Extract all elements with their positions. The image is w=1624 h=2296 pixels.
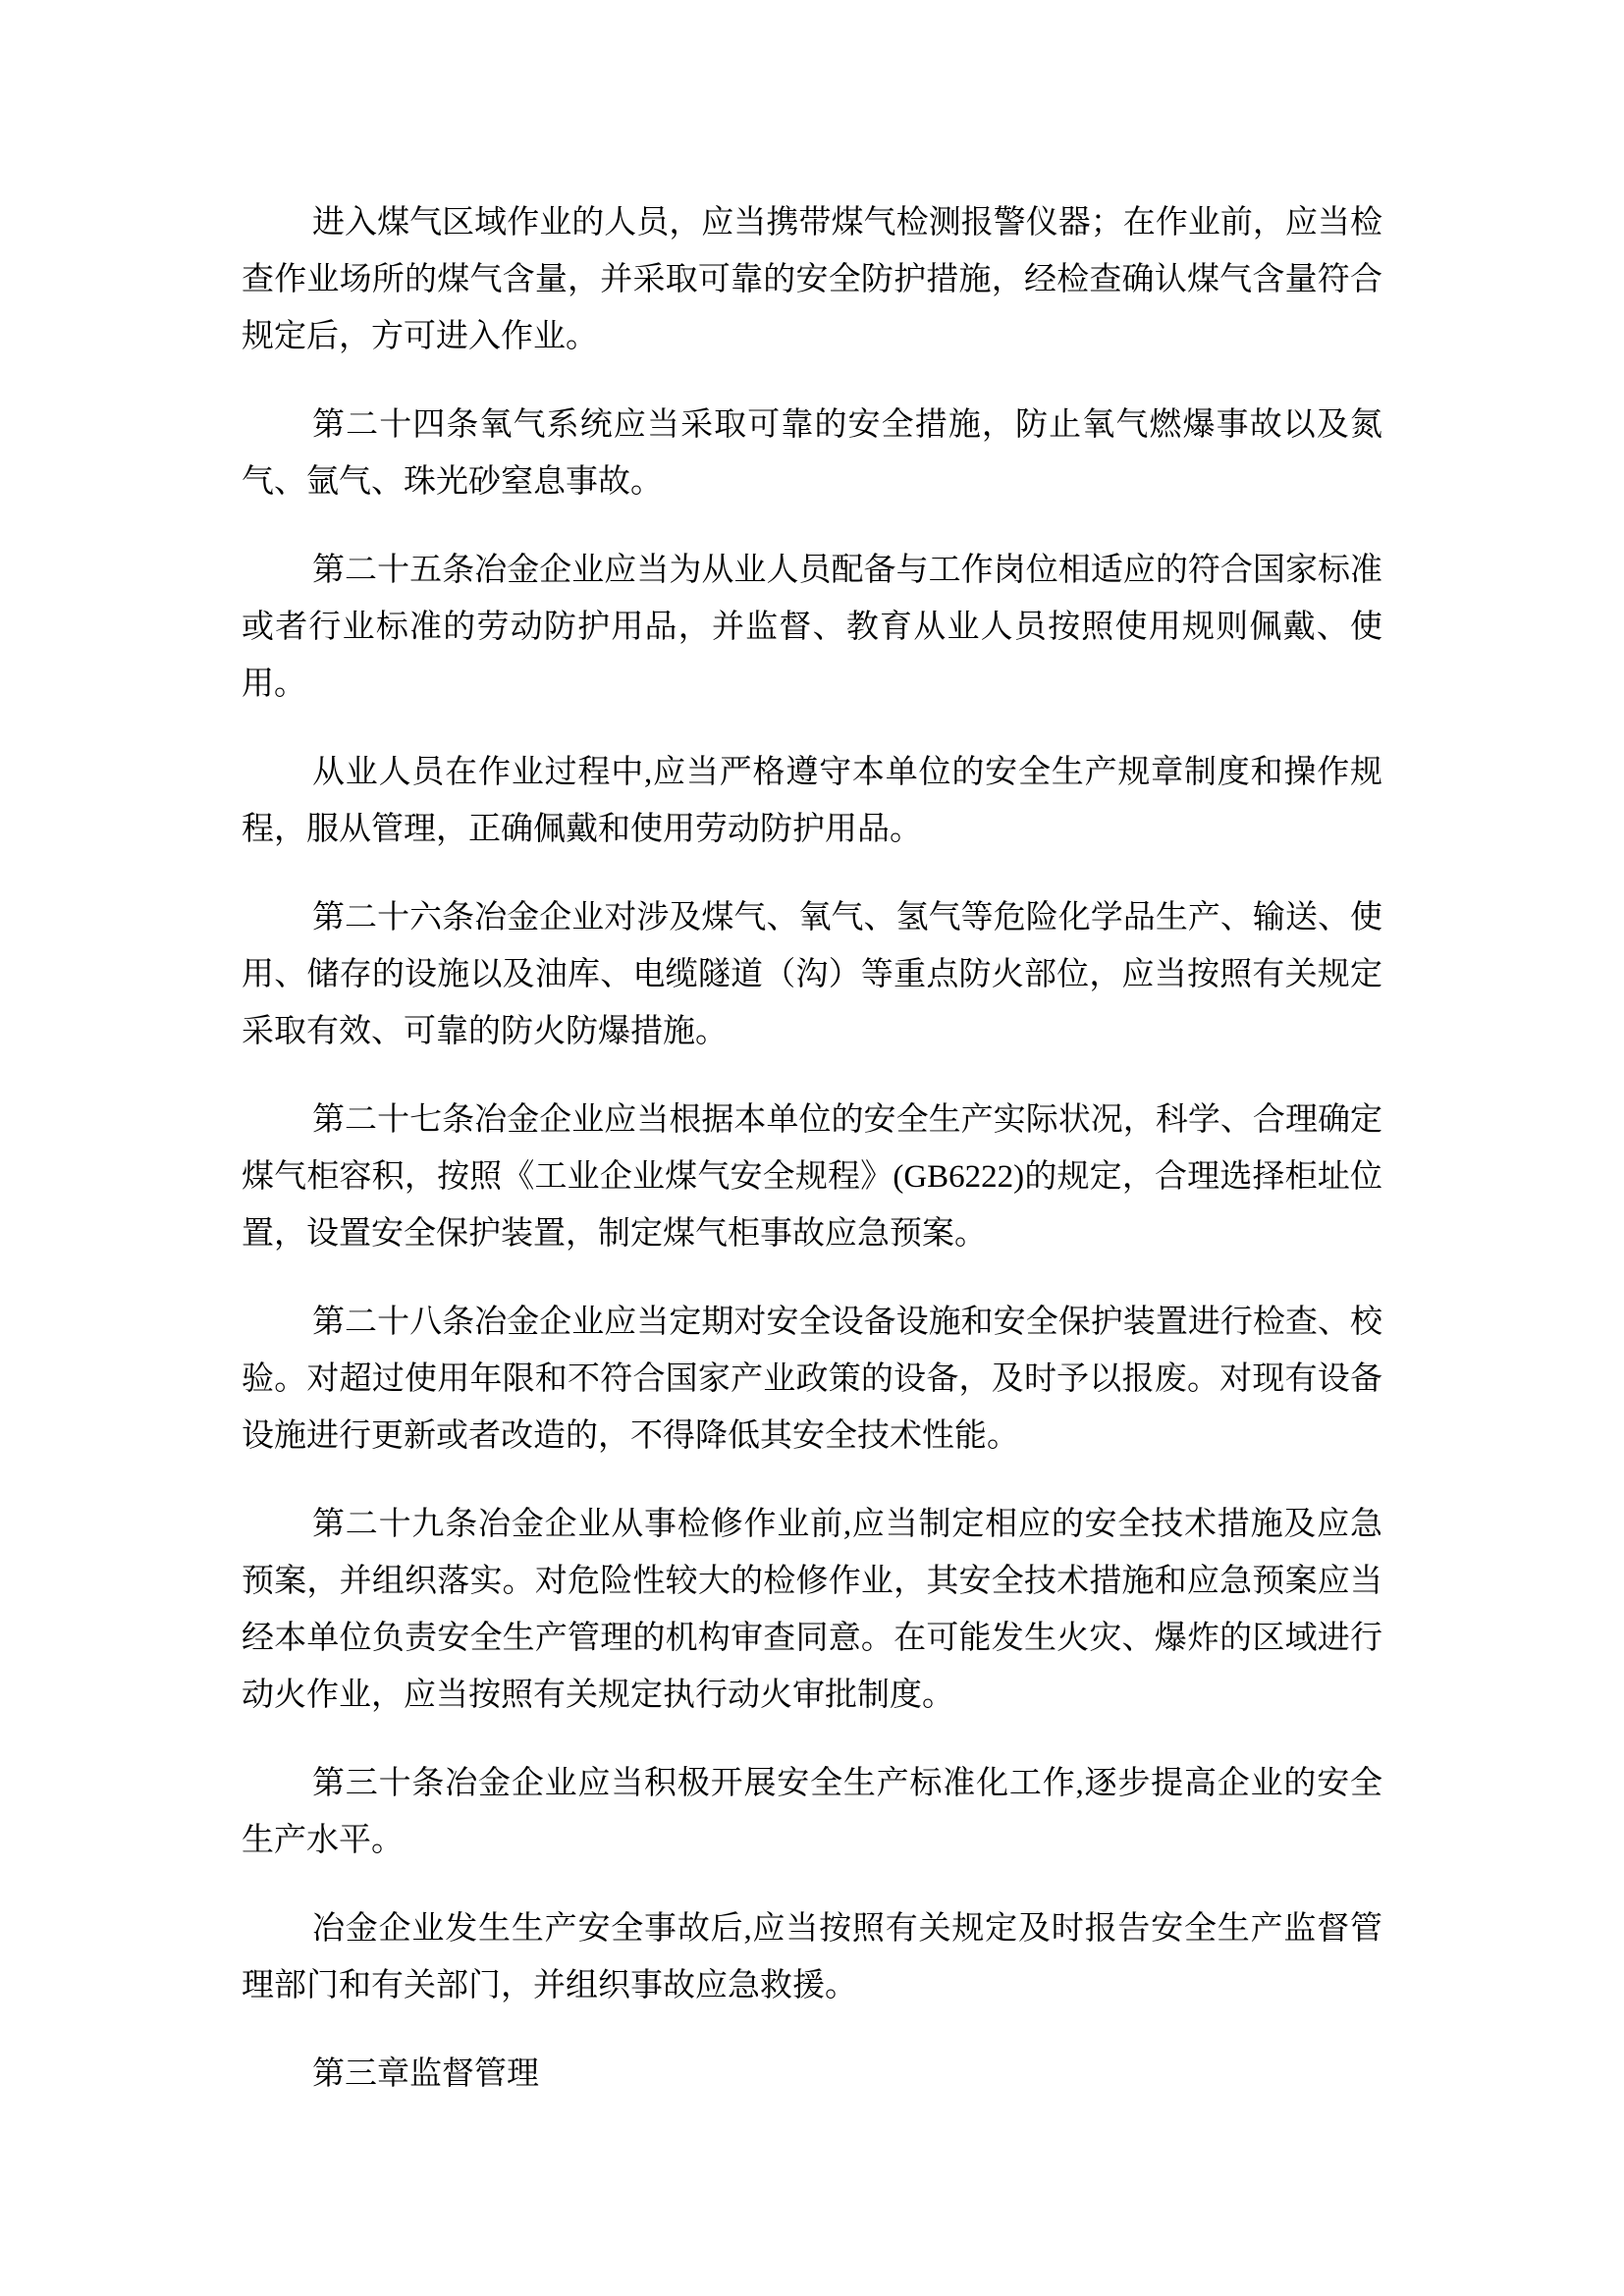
- paragraph: 第二十四条氧气系统应当采取可靠的安全措施，防止氧气燃爆事故以及氮气、氩气、珠光砂…: [242, 397, 1382, 510]
- document-page: 进入煤气区域作业的人员，应当携带煤气检测报警仪器；在作业前，应当检查作业场所的煤…: [0, 0, 1624, 2296]
- paragraph: 第二十八条冶金企业应当定期对安全设备设施和安全保护装置进行检查、校验。对超过使用…: [242, 1294, 1382, 1465]
- paragraph: 第二十五条冶金企业应当为从业人员配备与工作岗位相适应的符合国家标准或者行业标准的…: [242, 542, 1382, 713]
- paragraph: 第二十六条冶金企业对涉及煤气、氧气、氢气等危险化学品生产、输送、使用、储存的设施…: [242, 889, 1382, 1060]
- paragraph: 第二十九条冶金企业从事检修作业前,应当制定相应的安全技术措施及应急预案，并组织落…: [242, 1496, 1382, 1724]
- paragraph: 进入煤气区域作业的人员，应当携带煤气检测报警仪器；在作业前，应当检查作业场所的煤…: [242, 194, 1382, 365]
- document-body: 进入煤气区域作业的人员，应当携带煤气检测报警仪器；在作业前，应当检查作业场所的煤…: [0, 0, 1624, 2296]
- paragraph: 冶金企业发生生产安全事故后,应当按照有关规定及时报告安全生产监督管理部门和有关部…: [242, 1900, 1382, 2014]
- chapter-heading: 第三章监督管理: [242, 2046, 1382, 2103]
- paragraph: 从业人员在作业过程中,应当严格遵守本单位的安全生产规章制度和操作规程，服从管理，…: [242, 744, 1382, 858]
- paragraph: 第二十七条冶金企业应当根据本单位的安全生产实际状况，科学、合理确定煤气柜容积，按…: [242, 1092, 1382, 1262]
- paragraph: 第三十条冶金企业应当积极开展安全生产标准化工作,逐步提高企业的安全生产水平。: [242, 1755, 1382, 1869]
